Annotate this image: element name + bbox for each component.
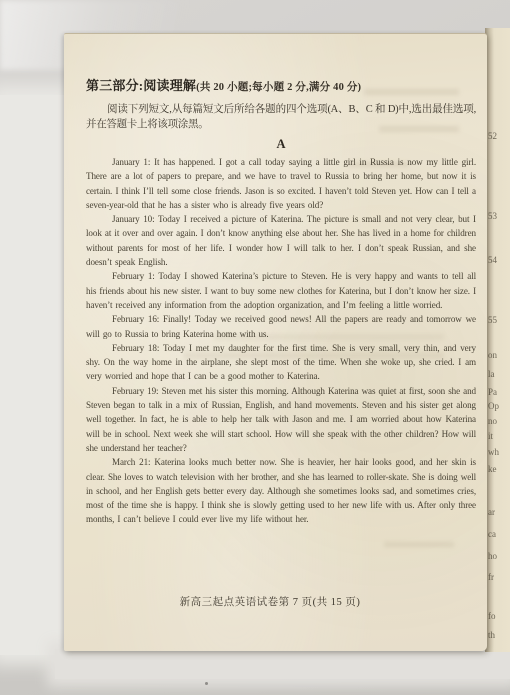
diary-paragraph-january-1: January 1: It has happened. I got a call… (86, 155, 476, 212)
section-title: 第三部分:阅读理解 (86, 78, 196, 93)
scan-speck (205, 682, 208, 685)
bleedthrough-smudge (384, 542, 454, 547)
exam-page: 第三部分:阅读理解(共 20 小题;每小题 2 分,满分 40 分) 阅读下列短… (64, 33, 487, 651)
page-footer: 新高三起点英语试卷第 7 页(共 15 页) (64, 594, 476, 609)
diary-paragraph-january-10: January 10: Today I received a picture o… (86, 212, 476, 269)
next-page-edge: 52 53 54 55 on la Pa Op no it wh ke ar c… (485, 28, 510, 652)
page-content: 第三部分:阅读理解(共 20 小题;每小题 2 分,满分 40 分) 阅读下列短… (86, 78, 476, 527)
diary-paragraph-february-18: February 18: Today I met my daughter for… (86, 341, 476, 384)
diary-paragraph-march-21: March 21: Katerina looks much better now… (86, 455, 476, 526)
passage-label: A (86, 137, 476, 152)
scanned-photo: 52 53 54 55 on la Pa Op no it wh ke ar c… (0, 0, 510, 695)
section-instructions: 阅读下列短文,从每篇短文后所给各题的四个选项(A、B、C 和 D)中,选出最佳选… (86, 102, 476, 132)
diary-paragraph-february-16: February 16: Finally! Today we received … (86, 312, 476, 341)
section-header: 第三部分:阅读理解(共 20 小题;每小题 2 分,满分 40 分) (86, 78, 476, 96)
section-meta: (共 20 小题;每小题 2 分,满分 40 分) (196, 82, 361, 93)
diary-paragraph-february-1: February 1: Today I showed Katerina’s pi… (86, 269, 476, 312)
scanner-bed-left (0, 95, 64, 655)
diary-paragraph-february-19: February 19: Steven met his sister this … (86, 384, 476, 455)
scanner-bed-bottom (55, 649, 510, 679)
